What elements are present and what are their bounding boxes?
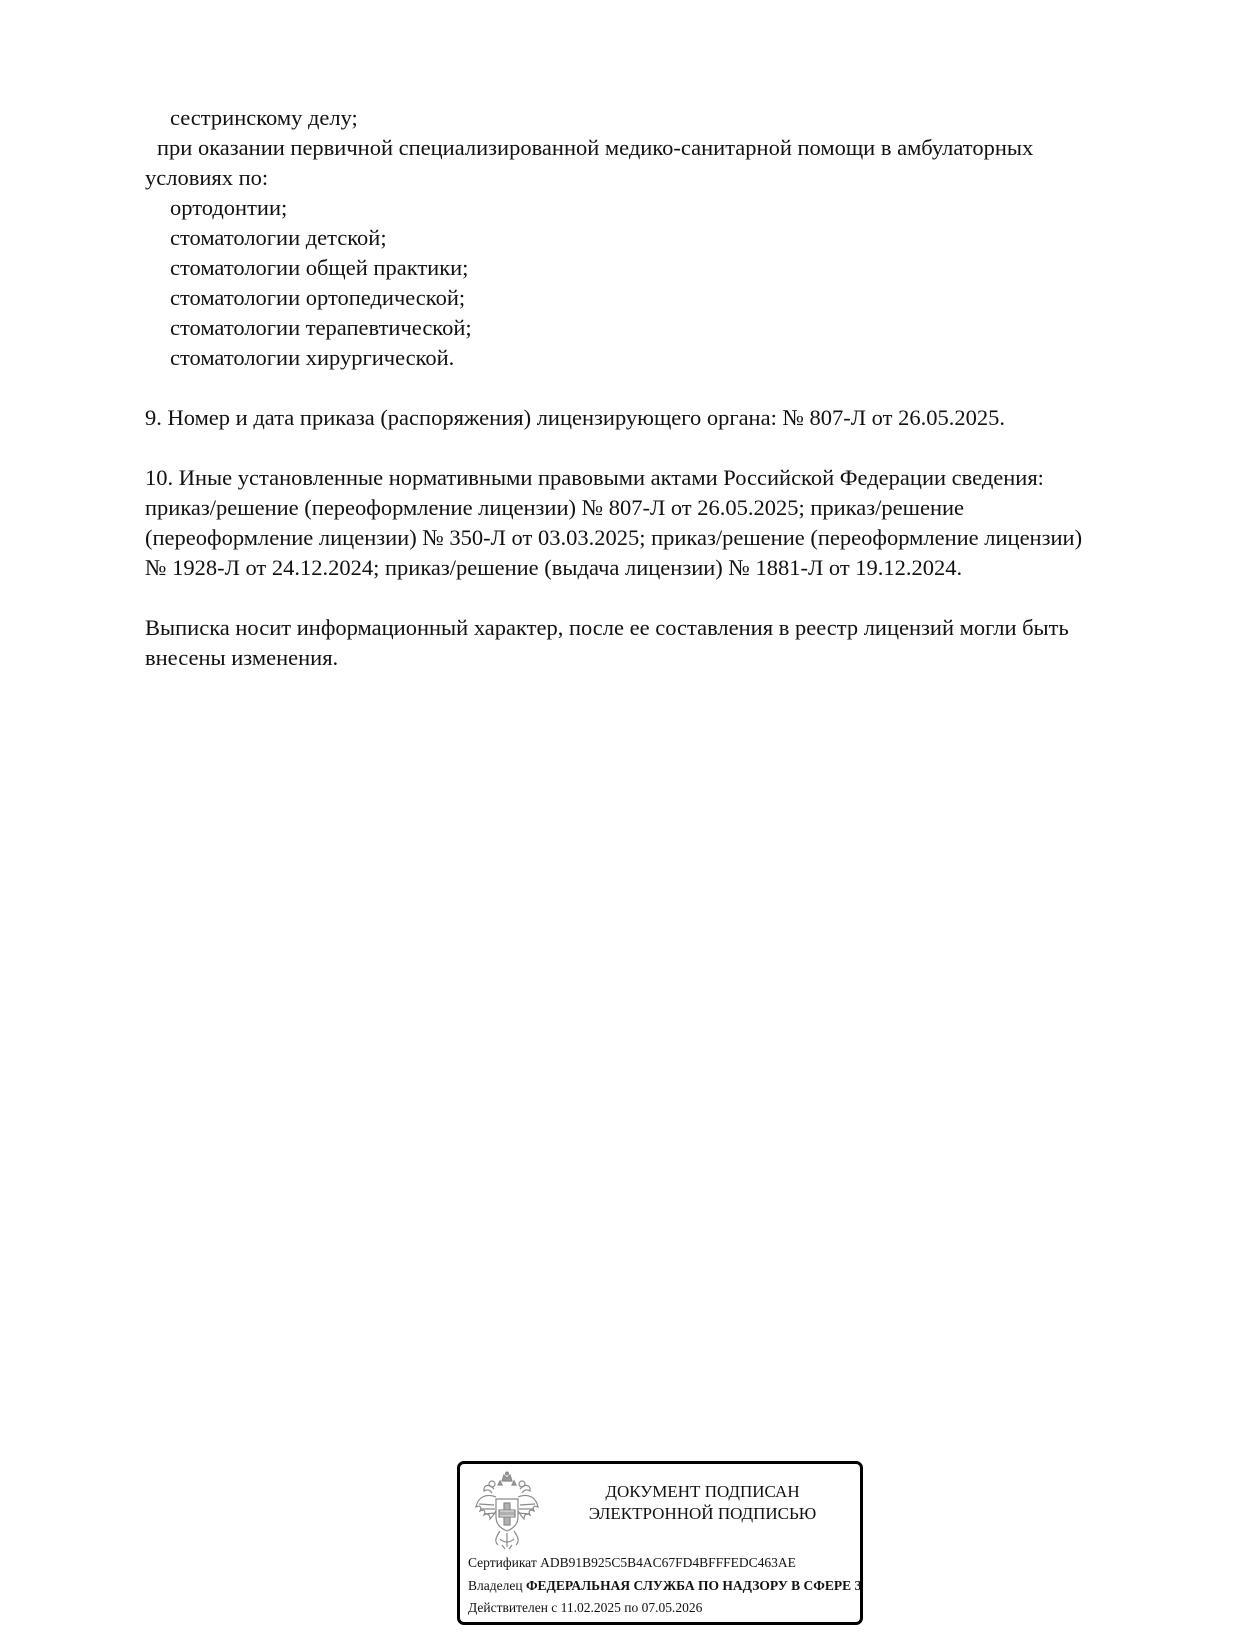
disclaimer-note: внесены изменения. [145,643,338,673]
owner-line: Владелец ФЕДЕРАЛЬНАЯ СЛУЖБА ПО НАДЗОРУ В… [468,1577,863,1595]
item-10-other-info: (переоформление лицензии) № 350-Л от 03.… [145,523,1082,553]
certificate-value: ADB91B925C5B4AC67FD4BFFFEDC463AE [540,1555,796,1570]
owner-value: ФЕДЕРАЛЬНАЯ СЛУЖБА ПО НАДЗОРУ В СФЕРЕ ЗД… [526,1578,863,1593]
service-line: стоматологии терапевтической; [170,313,472,343]
stamp-title-line-2: ЭЛЕКТРОННОЙ ПОДПИСЬЮ [555,1503,850,1525]
service-line: стоматологии хирургической. [170,343,454,373]
service-line: ортодонтии; [170,193,287,223]
disclaimer-note: Выписка носит информационный характер, п… [145,613,1069,643]
stamp-title-line-1: ДОКУМЕНТ ПОДПИСАН [555,1481,850,1503]
item-10-other-info: 10. Иные установленные нормативными прав… [145,463,1044,493]
item-10-other-info: № 1928-Л от 24.12.2024; приказ/решение (… [145,553,962,583]
service-line: стоматологии детской; [170,223,387,253]
service-line: стоматологии ортопедической; [170,283,465,313]
service-line: стоматологии общей практики; [170,253,468,283]
certificate-label: Сертификат [468,1555,537,1570]
double-headed-eagle-emblem-icon [474,1471,540,1551]
certificate-line: Сертификат ADB91B925C5B4AC67FD4BFFFEDC46… [468,1554,796,1572]
owner-label: Владелец [468,1578,523,1593]
item-9-order-number: 9. Номер и дата приказа (распоряжения) л… [145,403,1005,433]
service-line: условиях по: [145,163,268,193]
item-10-other-info: приказ/решение (переоформление лицензии)… [145,493,964,523]
service-line: при оказании первичной специализированно… [157,133,1033,163]
service-line: сестринскому делу; [170,103,358,133]
document-page: сестринскому делу; при оказании первично… [0,0,1240,1650]
validity-line: Действителен с 11.02.2025 по 07.05.2026 [468,1599,702,1617]
electronic-signature-stamp: ДОКУМЕНТ ПОДПИСАН ЭЛЕКТРОННОЙ ПОДПИСЬЮ С… [457,1461,863,1625]
